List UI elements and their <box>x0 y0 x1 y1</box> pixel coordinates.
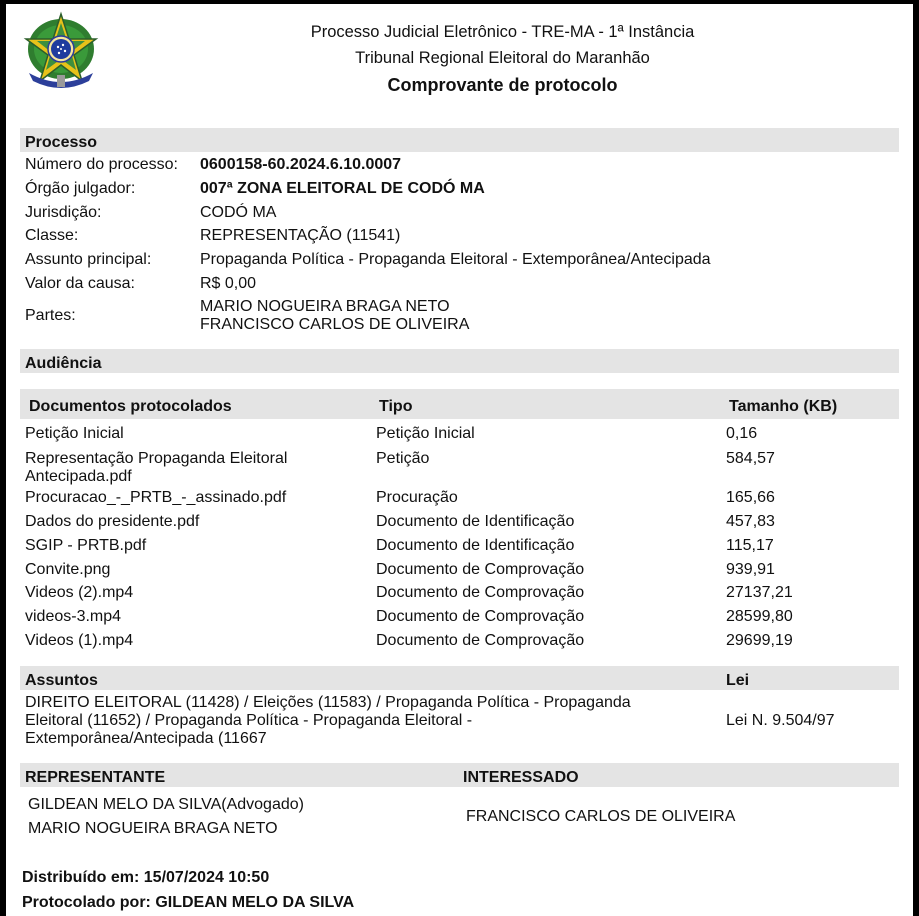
field-value-valor: R$ 0,00 <box>200 275 256 293</box>
header-system-name: Processo Judicial Eletrônico - TRE-MA - … <box>6 23 913 42</box>
doc-tamanho: 27137,21 <box>726 584 793 602</box>
doc-tamanho: 0,16 <box>726 425 757 443</box>
section-audiencia-header: Audiência <box>20 349 899 373</box>
doc-tamanho: 115,17 <box>726 537 774 555</box>
field-label-jurisdicao: Jurisdição: <box>25 204 101 222</box>
assuntos-text-line3: Extemporânea/Antecipada (11667 <box>25 730 267 748</box>
doc-tipo: Documento de Comprovação <box>376 632 584 650</box>
doc-tamanho: 939,91 <box>726 561 775 579</box>
doc-tamanho: 165,66 <box>726 489 775 507</box>
doc-tipo: Documento de Identificação <box>376 513 574 531</box>
field-value-parte-2: FRANCISCO CARLOS DE OLIVEIRA <box>200 316 469 334</box>
header-court-name: Tribunal Regional Eleitoral do Maranhão <box>6 49 913 68</box>
interessado-1: FRANCISCO CARLOS DE OLIVEIRA <box>466 808 735 826</box>
doc-tipo: Documento de Identificação <box>376 537 574 555</box>
doc-tipo: Petição Inicial <box>376 425 475 443</box>
field-label-classe: Classe: <box>25 227 78 245</box>
documents-table-header: Documentos protocolados Tipo Tamanho (KB… <box>20 389 899 419</box>
lei-header-label: Lei <box>726 666 749 696</box>
field-label-partes: Partes: <box>25 307 76 325</box>
field-label-valor: Valor da causa: <box>25 275 135 293</box>
field-value-orgao: 007ª ZONA ELEITORAL DE CODÓ MA <box>200 180 485 198</box>
field-value-parte-1: MARIO NOGUEIRA BRAGA NETO <box>200 298 450 316</box>
field-label-numero: Número do processo: <box>25 156 178 174</box>
doc-name: Dados do presidente.pdf <box>25 513 199 531</box>
protocolado-por: Protocolado por: GILDEAN MELO DA SILVA <box>22 894 354 912</box>
representante-1: GILDEAN MELO DA SILVA(Advogado) <box>28 796 304 814</box>
col-header-documentos: Documentos protocolados <box>29 389 232 425</box>
field-label-assunto: Assunto principal: <box>25 251 151 269</box>
doc-tamanho: 28599,80 <box>726 608 793 626</box>
doc-name: SGIP - PRTB.pdf <box>25 537 146 555</box>
doc-name: Procuracao_-_PRTB_-_assinado.pdf <box>25 489 286 507</box>
assuntos-text-line2: Eleitoral (11652) / Propaganda Política … <box>25 712 472 730</box>
representante-2: MARIO NOGUEIRA BRAGA NETO <box>28 820 278 838</box>
distribuido-em: Distribuído em: 15/07/2024 10:50 <box>22 869 269 887</box>
doc-tipo: Documento de Comprovação <box>376 584 584 602</box>
section-partes-header: REPRESENTANTE INTERESSADO <box>20 763 899 787</box>
doc-tipo: Procuração <box>376 489 458 507</box>
doc-tipo: Documento de Comprovação <box>376 561 584 579</box>
doc-tipo: Petição <box>376 450 429 468</box>
field-value-jurisdicao: CODÓ MA <box>200 204 276 222</box>
field-label-orgao: Órgão julgador: <box>25 180 135 198</box>
doc-tipo: Documento de Comprovação <box>376 608 584 626</box>
field-value-numero: 0600158-60.2024.6.10.0007 <box>200 156 401 174</box>
field-value-classe: REPRESENTAÇÃO (11541) <box>200 227 400 245</box>
doc-name: videos-3.mp4 <box>25 608 121 626</box>
doc-tamanho: 584,57 <box>726 450 775 468</box>
page-title: Comprovante de protocolo <box>6 75 913 96</box>
section-assuntos-header: Assuntos Lei <box>20 666 899 690</box>
assuntos-text-line1: DIREITO ELEITORAL (11428) / Eleições (11… <box>25 694 631 712</box>
doc-name-line2: Antecipada.pdf <box>25 468 132 486</box>
doc-name: Petição Inicial <box>25 425 124 443</box>
doc-name: Videos (2).mp4 <box>25 584 133 602</box>
protocol-receipt-page: Processo Judicial Eletrônico - TRE-MA - … <box>6 4 913 916</box>
section-processo-header: Processo <box>20 128 899 152</box>
doc-name: Convite.png <box>25 561 110 579</box>
col-header-tamanho: Tamanho (KB) <box>729 389 837 425</box>
doc-tamanho: 457,83 <box>726 513 775 531</box>
lei-value: Lei N. 9.504/97 <box>726 712 835 730</box>
field-value-assunto: Propaganda Política - Propaganda Eleitor… <box>200 251 711 269</box>
assuntos-header-label: Assuntos <box>25 672 98 689</box>
representante-header: REPRESENTANTE <box>25 769 165 786</box>
col-header-tipo: Tipo <box>379 389 412 425</box>
doc-tamanho: 29699,19 <box>726 632 793 650</box>
doc-name-line1: Representação Propaganda Eleitoral <box>25 450 287 468</box>
interessado-header: INTERESSADO <box>463 763 579 793</box>
doc-name: Videos (1).mp4 <box>25 632 133 650</box>
